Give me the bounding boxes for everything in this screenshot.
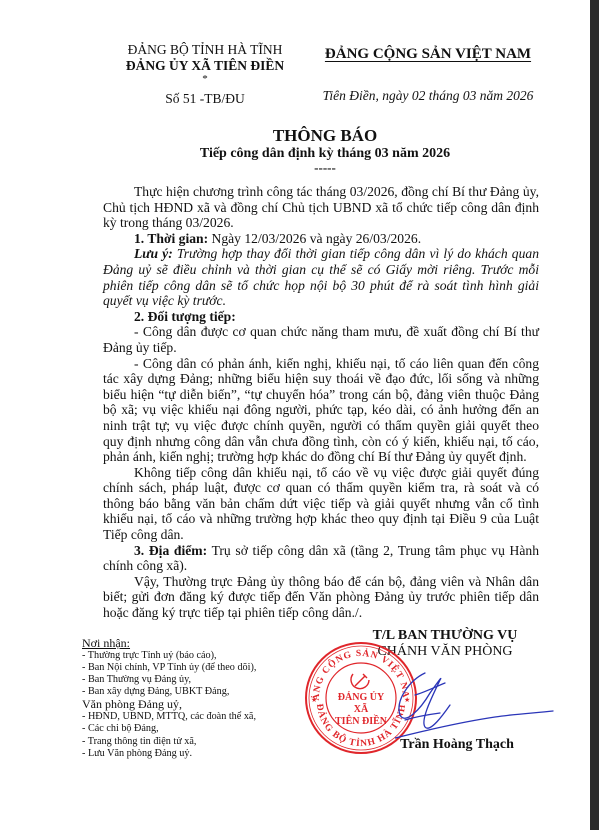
subjects-item-1: - Công dân được cơ quan chức năng tham m… bbox=[103, 324, 539, 355]
header-commune-party: ĐẢNG ỦY XÃ TIÊN ĐIỀN bbox=[100, 58, 310, 74]
recipient-item: - Ban Thường vụ Đảng ủy, bbox=[82, 674, 312, 686]
stamp-inner-line1: ĐẢNG ỦY bbox=[338, 691, 385, 703]
recipient-item: - Lưu Văn phòng Đảng uỷ. bbox=[82, 748, 312, 760]
subjects-exclusion: Không tiếp công dân khiếu nại, tố cáo về… bbox=[103, 465, 539, 543]
subjects-item-2: - Công dân có phản ánh, kiến nghị, khiếu… bbox=[103, 356, 539, 465]
svg-text:★: ★ bbox=[311, 696, 317, 704]
stamp-inner-line2: XÃ bbox=[354, 703, 369, 715]
place-date: Tiên Điền, ngày 02 tháng 03 năm 2026 bbox=[318, 88, 538, 104]
section-subjects-label: 2. Đối tượng tiếp: bbox=[134, 309, 236, 324]
viewer-scrollbar[interactable] bbox=[590, 0, 599, 830]
section-time-text: Ngày 12/03/2026 và ngày 26/03/2026. bbox=[208, 231, 421, 246]
party-national-name: ĐẢNG CỘNG SẢN VIỆT NAM bbox=[318, 46, 538, 63]
hammer-sickle-icon bbox=[351, 674, 369, 689]
handwritten-signature-icon bbox=[395, 665, 555, 745]
recipient-item: Văn phòng Đảng uỷ, bbox=[82, 698, 312, 711]
section-subjects: 2. Đối tượng tiếp: bbox=[103, 309, 539, 325]
signer-name: Trần Hoàng Thạch bbox=[382, 737, 532, 753]
section-location: 3. Địa điểm: Trụ sở tiếp công dân xã (tầ… bbox=[103, 543, 539, 574]
document-page: ĐẢNG BỘ TỈNH HÀ TĨNH ĐẢNG ỦY XÃ TIÊN ĐIỀ… bbox=[0, 0, 590, 830]
recipients-list: Nơi nhận: - Thường trực Tỉnh uỷ (báo cáo… bbox=[82, 636, 312, 760]
recipient-item: - Trang thông tin điện tử xã, bbox=[82, 736, 312, 748]
intro-paragraph: Thực hiện chương trình công tác tháng 03… bbox=[103, 184, 539, 231]
recipient-item: - Ban Nội chính, VP Tỉnh ủy (để theo dõi… bbox=[82, 662, 312, 674]
recipient-item: - Thường trực Tỉnh uỷ (báo cáo), bbox=[82, 650, 312, 662]
note-paragraph: Lưu ý: Trường hợp thay đổi thời gian tiế… bbox=[103, 246, 539, 308]
recipient-item: - Các chi bộ Đảng, bbox=[82, 723, 312, 735]
stamp-inner-line3: TIÊN ĐIỀN bbox=[335, 714, 388, 727]
section-time: 1. Thời gian: Ngày 12/03/2026 và ngày 26… bbox=[103, 231, 539, 247]
section-location-label: 3. Địa điểm: bbox=[134, 543, 207, 558]
recipients-heading: Nơi nhận: bbox=[82, 636, 312, 650]
document-title: THÔNG BÁO bbox=[100, 126, 550, 146]
header-star: * bbox=[100, 73, 310, 85]
closing-paragraph: Vậy, Thường trực Đảng ủy thông báo để cá… bbox=[103, 574, 539, 621]
document-number: Số 51 -TB/ĐU bbox=[100, 91, 310, 107]
header-provincial-party: ĐẢNG BỘ TỈNH HÀ TĨNH bbox=[100, 42, 310, 58]
section-time-label: 1. Thời gian: bbox=[134, 231, 208, 246]
recipient-item: - HĐND, UBND, MTTQ, các đoàn thể xã, bbox=[82, 711, 312, 723]
note-label: Lưu ý: bbox=[134, 246, 173, 261]
title-separator: ----- bbox=[100, 160, 550, 176]
document-body: Thực hiện chương trình công tác tháng 03… bbox=[103, 184, 539, 621]
